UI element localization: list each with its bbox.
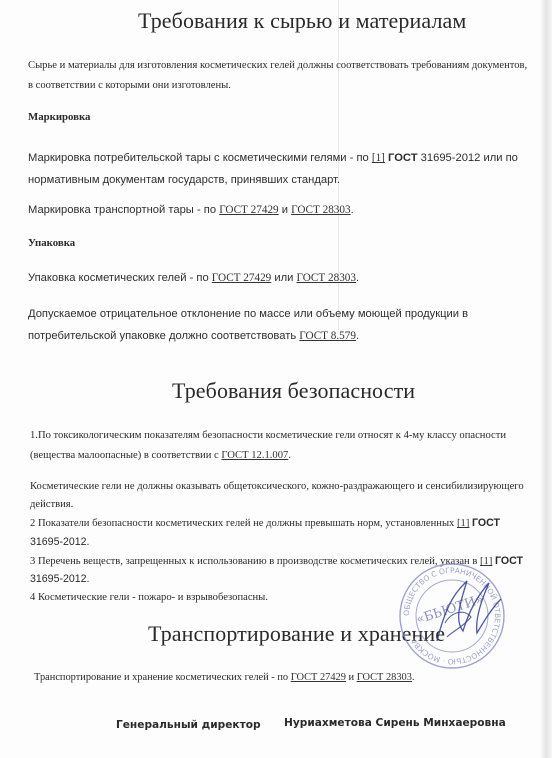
subheading-marking: Маркировка <box>28 111 90 123</box>
text: 2 Показатели безопасности косметических … <box>30 518 457 529</box>
text: и <box>279 204 291 216</box>
gost-28303-link[interactable]: ГОСТ 28303 <box>291 204 350 216</box>
gost-27429-link[interactable]: ГОСТ 27429 <box>291 672 346 683</box>
marking-consumer-line-2: нормативным документам государств, приня… <box>28 169 340 191</box>
intro-line-2: в соответствии с которыми они изготовлен… <box>28 76 231 96</box>
gost-label: ГОСТ <box>472 517 500 529</box>
safety-item-1-line-1: 1.По токсикологическим показателям безоп… <box>30 426 506 446</box>
effects-line-1: Косметические гели не должны оказывать о… <box>30 477 524 497</box>
gost-28303-link[interactable]: ГОСТ 28303 <box>357 672 412 683</box>
signature-name: Нуриахметова Сирень Минхаеровна <box>284 717 506 729</box>
safety-item-4: 4 Косметические гели - пожаро- и взрывоб… <box>30 588 268 608</box>
effects-line-2: действия. <box>30 495 73 515</box>
transport-storage-line: Транспортирование и хранение косметическ… <box>34 668 415 688</box>
text: . <box>356 330 359 342</box>
packaging-line: Упаковка косметических гелей - по ГОСТ 2… <box>28 267 359 289</box>
text: Маркировка транспортной тары - по <box>28 204 219 216</box>
document-page: Требования к сырью и материалам Сырье и … <box>0 0 552 758</box>
safety-item-1-line-2: (вещества малоопасные) в соответствии с … <box>30 446 291 466</box>
safety-item-2-line-2: 31695-2012. <box>30 532 90 552</box>
text: Транспортирование и хранение косметическ… <box>34 672 291 683</box>
section-title-raw-materials: Требования к сырью и материалам <box>138 8 466 34</box>
text: Упаковка косметических гелей - по <box>28 272 212 284</box>
intro-line-1: Сырье и материалы для изготовления косме… <box>28 56 527 76</box>
gost-27429-link[interactable]: ГОСТ 27429 <box>212 272 271 284</box>
gost-12-1-007-link[interactable]: ГОСТ 12.1.007 <box>221 450 288 461</box>
safety-item-3-line-2: 31695-2012. <box>30 569 90 589</box>
text: потребительской упаковке должно соответс… <box>28 330 299 342</box>
subheading-packaging: Упаковка <box>28 237 75 249</box>
text: Маркировка потребительской тары с космет… <box>28 152 372 164</box>
section-title-safety: Требования безопасности <box>172 378 415 404</box>
gost-28303-link[interactable]: ГОСТ 28303 <box>297 272 356 284</box>
text: . <box>288 450 291 461</box>
marking-consumer-line-1: Маркировка потребительской тары с космет… <box>28 147 518 169</box>
safety-item-2-line-1: 2 Показатели безопасности косметических … <box>30 513 500 534</box>
deviation-line-1: Допускаемое отрицательное отклонение по … <box>28 303 468 325</box>
text: или <box>271 272 296 284</box>
text: и <box>346 672 357 683</box>
gost-27429-link[interactable]: ГОСТ 27429 <box>219 204 278 216</box>
svg-text:«БЬЮТИ»: «БЬЮТИ» <box>415 592 486 628</box>
scan-edge-shadow <box>540 0 552 758</box>
marking-transport-line: Маркировка транспортной тары - по ГОСТ 2… <box>28 199 354 221</box>
text: . <box>356 272 359 284</box>
deviation-line-2: потребительской упаковке должно соответс… <box>28 325 359 347</box>
company-stamp-icon: ОБЩЕСТВО С ОГРАНИЧЕННОЙ ОТВЕТСТВЕННОСТЬЮ… <box>397 561 507 671</box>
text: . <box>412 672 415 683</box>
text: 31695-2012 или по <box>418 152 518 164</box>
gost-label: ГОСТ <box>388 152 418 164</box>
reference-link-1[interactable]: [1] <box>372 152 385 164</box>
text: (вещества малоопасные) в соответствии с <box>30 450 221 461</box>
text: . <box>351 204 354 216</box>
gost-8-579-link[interactable]: ГОСТ 8.579 <box>299 330 356 342</box>
reference-link-1[interactable]: [1] <box>457 518 469 529</box>
signature-position: Генеральный директор <box>116 719 261 731</box>
